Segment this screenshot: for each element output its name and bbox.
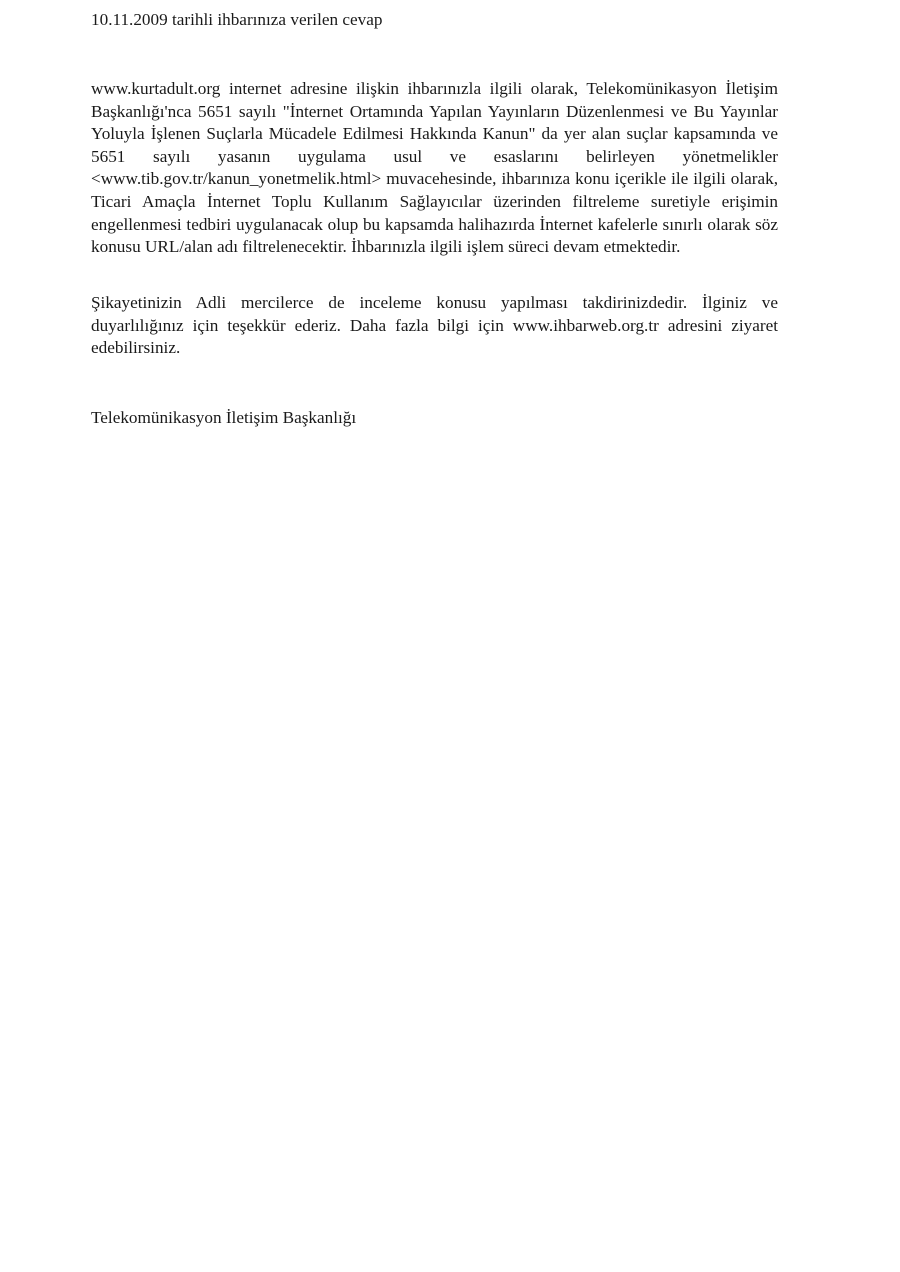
paragraph-notice: www.kurtadult.org internet adresine iliş… <box>91 78 778 259</box>
document-header: 10.11.2009 tarihli ihbarınıza verilen ce… <box>91 9 382 31</box>
signature: Telekomünikasyon İletişim Başkanlığı <box>91 407 356 429</box>
paragraph-closing: Şikayetinizin Adli mercilerce de incelem… <box>91 292 778 360</box>
